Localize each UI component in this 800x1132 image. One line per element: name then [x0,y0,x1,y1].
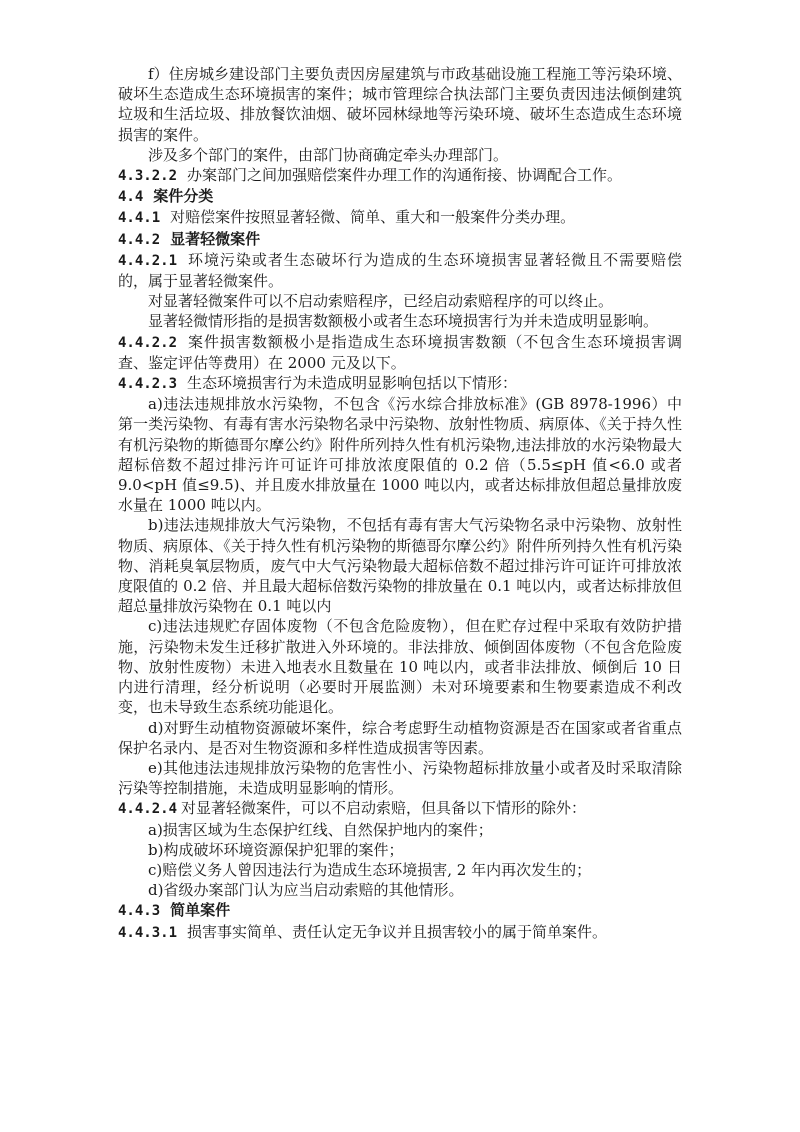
clause-number: 4.4.2.2 [118,335,177,351]
clause-number: 4.4.2.1 [118,253,177,269]
clause-text: 环境污染或者生态破坏行为造成的生态环境损害显著轻微且不需要赔偿的，属于显著轻微案… [118,251,682,290]
clause-4-4-1: 4.4.1对赔偿案件按照显著轻微、简单、重大和一般案件分类办理。 [118,207,682,228]
clause-number: 4.4.2.4 [118,801,177,817]
exception-a: a)损害区域为生态保护红线、自然保护地内的案件； [118,820,682,840]
exception-c: c)赔偿义务人曾因违法行为造成生态环境损害, 2 年内再次发生的； [118,860,682,880]
paragraph-multi-dept: 涉及多个部门的案件，由部门协商确定牵头办理部门。 [118,145,682,165]
paragraph-no-claim: 对显著轻微案件可以不启动索赔程序，已经启动索赔程序的可以终止。 [118,291,682,311]
section-heading-4-4-3: 4.4.3简单案件 [118,900,682,921]
clause-4-3-2-2: 4.3.2.2办案部门之间加强赔偿案件办理工作的沟通衔接、协调配合工作。 [118,165,682,186]
paragraph-minor-definition: 显著轻微情形指的是损害数额极小或者生态环境损害行为并未造成明显影响。 [118,311,682,331]
item-b-air-pollutants: b)违法违规排放大气污染物，不包括有毒有害大气污染物名录中污染物、放射性物质、病… [118,515,682,616]
clause-text: 办案部门之间加强赔偿案件办理工作的沟通衔接、协调配合工作。 [187,166,622,184]
clause-4-4-2-3: 4.4.2.3生态环境损害行为未造成明显影响包括以下情形： [118,373,682,394]
section-title: 显著轻微案件 [170,230,260,248]
clause-4-4-2-2: 4.4.2.2案件损害数额极小是指造成生态环境损害数额（不包含生态环境损害调查、… [118,332,682,373]
clause-4-4-3-1: 4.4.3.1损害事实简单、责任认定无争议并且损害较小的属于简单案件。 [118,922,682,943]
clause-number: 4.4.3.1 [118,925,177,941]
paragraph-f-housing-dept: f）住房城乡建设部门主要负责因房屋建筑与市政基础设施工程施工等污染环境、破坏生态… [118,64,682,145]
item-a-water-pollutants: a)违法违规排放水污染物，不包含《污水综合排放标准》(GB 8978-1996）… [118,394,682,515]
exception-b: b)构成破坏环境资源保护犯罪的案件； [118,840,682,860]
item-e-other: e)其他违法违规排放污染物的危害性小、污染物超标排放量小或者及时采取清除污染等控… [118,758,682,798]
clause-4-4-2-1: 4.4.2.1环境污染或者生态破坏行为造成的生态环境损害显著轻微且不需要赔偿的，… [118,250,682,291]
clause-number: 4.3.2.2 [118,168,177,184]
clause-number: 4.4.1 [118,210,160,226]
exception-d: d)省级办案部门认为应当启动索赔的其他情形。 [118,880,682,900]
section-number: 4.4.3 [118,903,160,919]
section-title: 案件分类 [153,187,213,205]
item-c-solid-waste: c)违法违规贮存固体废物（不包含危险废物），但在贮存过程中采取有效防护措施，污染… [118,616,682,717]
clause-text: 生态环境损害行为未造成明显影响包括以下情形： [187,374,517,392]
document-page: f）住房城乡建设部门主要负责因房屋建筑与市政基础设施工程施工等污染环境、破坏生态… [118,64,682,943]
section-title: 简单案件 [170,901,230,919]
clause-text: 对显著轻微案件，可以不启动索赔，但具备以下情形的除外： [181,799,586,817]
clause-number: 4.4.2.3 [118,376,177,392]
clause-4-4-2-4: 4.4.2.4对显著轻微案件，可以不启动索赔，但具备以下情形的除外： [118,798,682,819]
section-number: 4.4.2 [118,232,160,248]
clause-text: 对赔偿案件按照显著轻微、简单、重大和一般案件分类办理。 [170,208,575,226]
item-d-wildlife: d)对野生动植物资源破坏案件，综合考虑野生动植物资源是否在国家或者省重点保护名录… [118,718,682,758]
section-heading-4-4: 4.4案件分类 [118,186,682,207]
clause-text: 损害事实简单、责任认定无争议并且损害较小的属于简单案件。 [187,923,607,941]
section-number: 4.4 [118,189,143,205]
clause-text: 案件损害数额极小是指造成生态环境损害数额（不包含生态环境损害调查、鉴定评估等费用… [118,333,682,372]
section-heading-4-4-2: 4.4.2显著轻微案件 [118,229,682,250]
